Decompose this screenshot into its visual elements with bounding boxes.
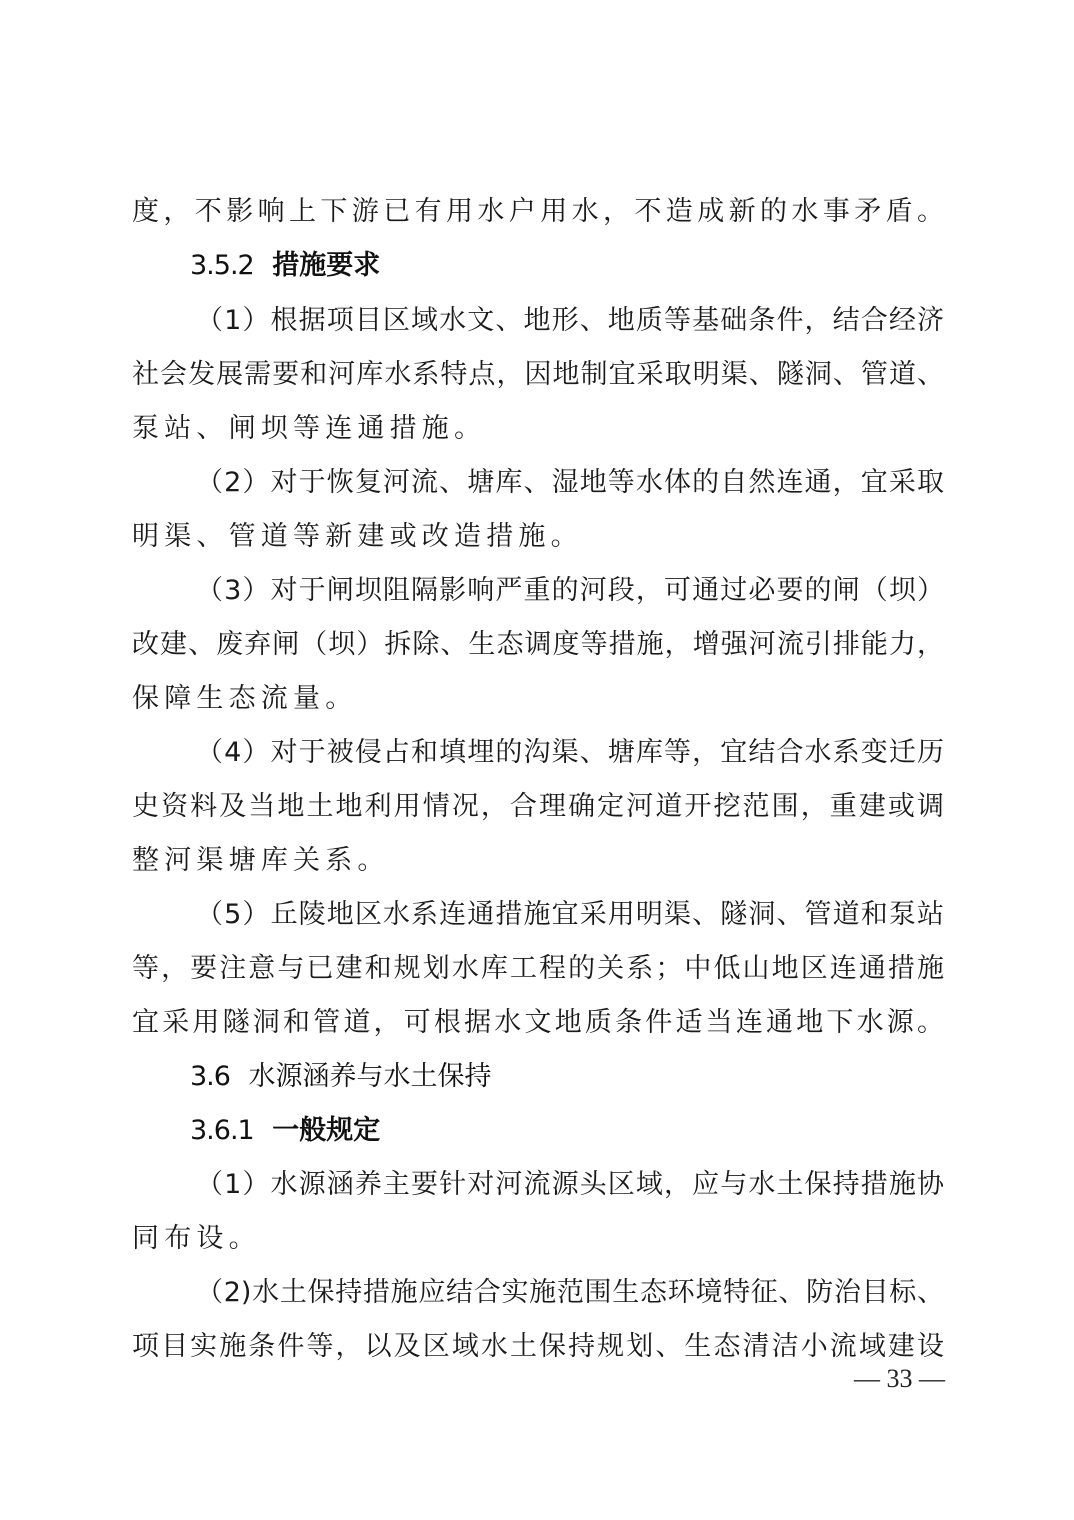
paragraph-line: 社会发展需要和河库水系特点，因地制宜采取明渠、隧洞、管道、 bbox=[132, 355, 944, 395]
paragraph-line: 同布设。 bbox=[132, 1219, 944, 1259]
section-number: 3.6 bbox=[190, 1061, 230, 1092]
paragraph-line: 度，不影响上下游已有用水户用水，不造成新的水事矛盾。 bbox=[132, 192, 944, 232]
section-heading-3-6-1: 3.6.1 一般规定 bbox=[190, 1111, 380, 1151]
paragraph-line: （3）对于闸坝阻隔影响严重的河段，可通过必要的闸（坝） bbox=[196, 571, 944, 611]
section-heading-3-6: 3.6 水源涵养与水土保持 bbox=[190, 1057, 492, 1097]
section-heading-3-5-2: 3.5.2 措施要求 bbox=[190, 246, 380, 286]
paragraph-line: 整河渠塘库关系。 bbox=[132, 841, 944, 881]
section-title: 措施要求 bbox=[272, 250, 380, 281]
paragraph-line: （2）对于恢复河流、塘库、湿地等水体的自然连通，宜采取 bbox=[196, 463, 944, 503]
section-title: 水源涵养与水土保持 bbox=[249, 1061, 492, 1092]
paragraph-line: （2)水土保持措施应结合实施范围生态环境特征、防治目标、 bbox=[196, 1273, 944, 1313]
paragraph-line: 宜采用隧洞和管道，可根据水文地质条件适当连通地下水源。 bbox=[132, 1003, 944, 1043]
section-number: 3.6.1 bbox=[190, 1115, 254, 1146]
paragraph-line: （4）对于被侵占和填埋的沟渠、塘库等，宜结合水系变迁历 bbox=[196, 733, 944, 773]
paragraph-line: （5）丘陵地区水系连通措施宜采用明渠、隧洞、管道和泵站 bbox=[196, 895, 944, 935]
paragraph-line: 史资料及当地土地利用情况，合理确定河道开挖范围，重建或调 bbox=[132, 787, 944, 827]
paragraph-line: 明渠、管道等新建或改造措施。 bbox=[132, 517, 944, 557]
paragraph-line: 等，要注意与已建和规划水库工程的关系；中低山地区连通措施 bbox=[132, 949, 944, 989]
paragraph-line: （1）水源涵养主要针对河流源头区域，应与水土保持措施协 bbox=[196, 1165, 944, 1205]
paragraph-line: 改建、废弃闸（坝）拆除、生态调度等措施，增强河流引排能力， bbox=[132, 625, 944, 665]
document-page: 度，不影响上下游已有用水户用水，不造成新的水事矛盾。 3.5.2 措施要求 （1… bbox=[0, 0, 1074, 1520]
page-number: — 33 — bbox=[843, 1362, 945, 1396]
paragraph-line: 项目实施条件等，以及区域水土保持规划、生态清洁小流域建设 bbox=[132, 1327, 944, 1367]
section-number: 3.5.2 bbox=[190, 250, 254, 281]
paragraph-line: 保障生态流量。 bbox=[132, 679, 944, 719]
section-title: 一般规定 bbox=[272, 1115, 380, 1146]
paragraph-line: 泵站、闸坝等连通措施。 bbox=[132, 409, 944, 449]
paragraph-line: （1）根据项目区域水文、地形、地质等基础条件，结合经济 bbox=[196, 301, 944, 341]
